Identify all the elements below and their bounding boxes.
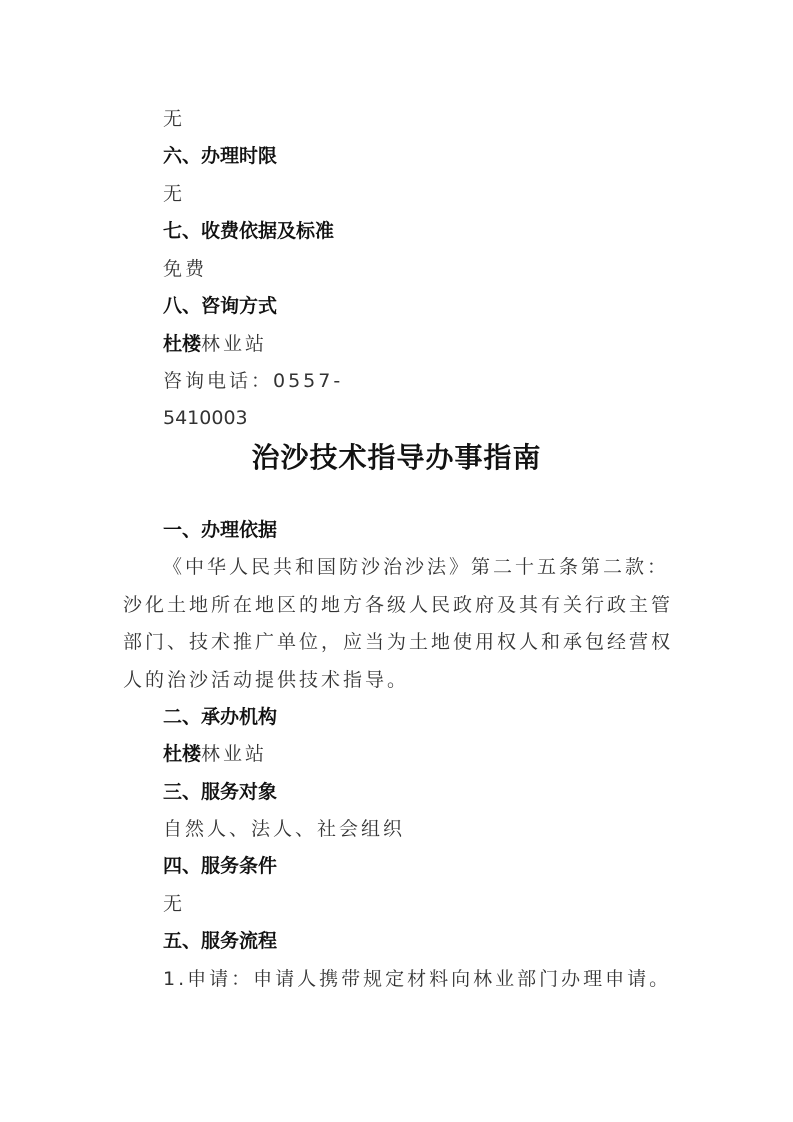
contact-phone-label: 咨询电话：0557- xyxy=(163,368,343,394)
heading-fee-basis: 七、收费依据及标准 xyxy=(163,218,334,244)
previous-value-none: 无 xyxy=(163,106,185,132)
heading-service-target: 三、服务对象 xyxy=(163,779,277,805)
service-process-step-1: 1.申请：申请人携带规定材料向林业部门办理申请。 xyxy=(163,966,671,992)
heading-service-process: 五、服务流程 xyxy=(163,928,277,954)
fee-value: 免费 xyxy=(163,256,207,282)
service-target-value: 自然人、法人、社会组织 xyxy=(163,816,405,842)
heading-handling-agency: 二、承办机构 xyxy=(163,704,277,730)
heading-processing-time: 六、办理时限 xyxy=(163,143,277,169)
service-conditions-value: 无 xyxy=(163,891,185,917)
legal-basis-text: 《中华人民共和国防沙治沙法》第二十五条第二款：沙化土地所在地区的地方各级人民政府… xyxy=(123,549,683,699)
processing-time-value: 无 xyxy=(163,181,185,207)
heading-legal-basis: 一、办理依据 xyxy=(163,517,277,543)
org-name-rest: 林业站 xyxy=(201,333,267,355)
agency-name-bold: 杜楼 xyxy=(163,743,201,765)
contact-organization: 杜楼林业站 xyxy=(163,331,267,357)
heading-contact-method: 八、咨询方式 xyxy=(163,293,277,319)
agency-name-rest: 林业站 xyxy=(201,743,267,765)
contact-phone-number: 5410003 xyxy=(163,405,248,431)
heading-service-conditions: 四、服务条件 xyxy=(163,853,277,879)
handling-agency-value: 杜楼林业站 xyxy=(163,741,267,767)
org-name-bold: 杜楼 xyxy=(163,333,201,355)
document-title: 治沙技术指导办事指南 xyxy=(0,436,793,476)
